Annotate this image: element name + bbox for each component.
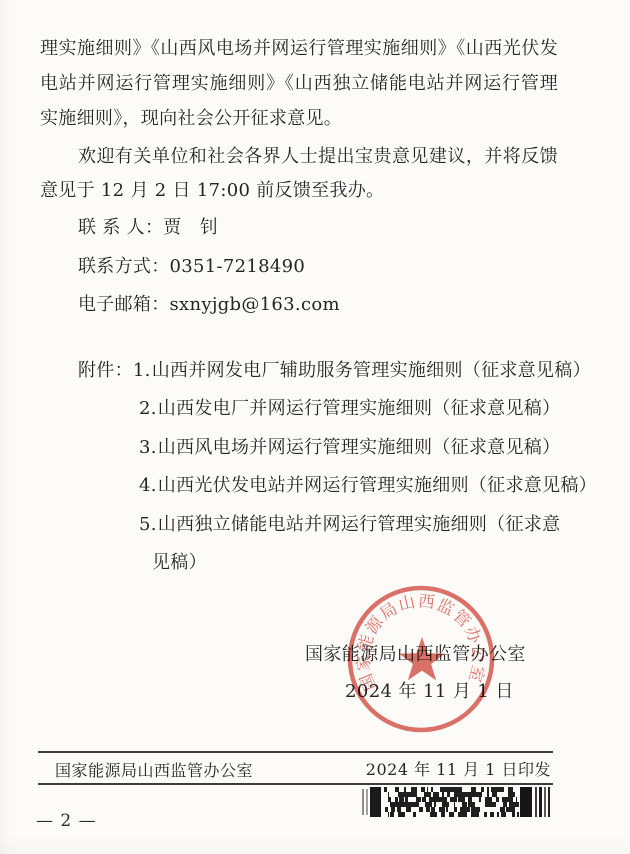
signature-date: 2024 年 11 月 1 日 (345, 677, 514, 703)
body-line: 电站并网运行管理实施细则》《山西独立储能电站并网运行管理 (40, 73, 558, 95)
footer-issuer: 国家能源局山西监管办公室 (55, 758, 253, 781)
body-line: 意见于 12 月 2 日 17:00 前反馈至我办。 (40, 180, 384, 202)
attachment-title: 山西光伏发电站并网运行管理实施细则（征求意见稿） (158, 475, 597, 496)
barcode-pattern (362, 787, 550, 817)
contact-phone-label: 联系方式： (78, 256, 170, 277)
attachment-title: 山西风电场并网运行管理实施细则（征求意见稿） (158, 437, 561, 458)
attachment-title: 山西发电厂并网运行管理实施细则（征求意见稿） (158, 398, 561, 419)
body-line: 实施细则》，现向社会公开征求意见。 (40, 108, 342, 130)
contact-email-value: sxnyjgb@163.com (170, 294, 340, 315)
contact-person-name: 贾 钊 (163, 217, 218, 238)
attachment-number: 2. (139, 398, 157, 419)
attachments-label: 附件： (78, 360, 133, 381)
contact-person-row: 联 系 人：贾 钊 (78, 217, 218, 239)
attachment-item: 4.山西光伏发电站并网运行管理实施细则（征求意见稿） (139, 475, 597, 497)
attachment-item: 3.山西风电场并网运行管理实施细则（征求意见稿） (139, 437, 560, 459)
contact-phone-value: 0351-7218490 (170, 256, 306, 277)
footer-rule-top (38, 751, 553, 753)
body-line: 理实施细则》《山西风电场并网运行管理实施细则》《山西光伏发 (40, 38, 558, 60)
page-number: — 2 — (36, 811, 97, 831)
attachment-number: 4. (139, 475, 157, 496)
signature-office: 国家能源局山西监管办公室 (305, 640, 526, 666)
contact-person-label: 联 系 人： (78, 217, 163, 238)
attachment-number: 5. (139, 514, 157, 535)
contact-phone-row: 联系方式：0351-7218490 (78, 256, 305, 278)
footer-rule-bottom (38, 783, 553, 785)
document-page: 理实施细则》《山西风电场并网运行管理实施细则》《山西光伏发 电站并网运行管理实施… (0, 0, 630, 854)
barcode (362, 787, 554, 817)
attachment-item: 5.山西独立储能电站并网运行管理实施细则（征求意 (139, 514, 560, 536)
attachment-item: 2.山西发电厂并网运行管理实施细则（征求意见稿） (139, 398, 560, 420)
body-line: 欢迎有关单位和社会各界人士提出宝贵意见建议，并将反馈 (78, 146, 558, 168)
attachment-title: 山西独立储能电站并网运行管理实施细则（征求意 (158, 514, 561, 535)
contact-email-row: 电子邮箱：sxnyjgb@163.com (78, 294, 340, 316)
attachment-item-wrap: 见稿） (152, 552, 207, 574)
footer-print-date: 2024 年 11 月 1 日印发 (366, 757, 551, 780)
attachment-item: 附件：1.山西并网发电厂辅助服务管理实施细则（征求意见稿） (78, 360, 591, 382)
attachment-title: 山西并网发电厂辅助服务管理实施细则（征求意见稿） (152, 360, 591, 381)
attachment-number: 3. (139, 437, 157, 458)
contact-email-label: 电子邮箱： (78, 294, 170, 315)
attachment-number: 1. (133, 360, 151, 381)
